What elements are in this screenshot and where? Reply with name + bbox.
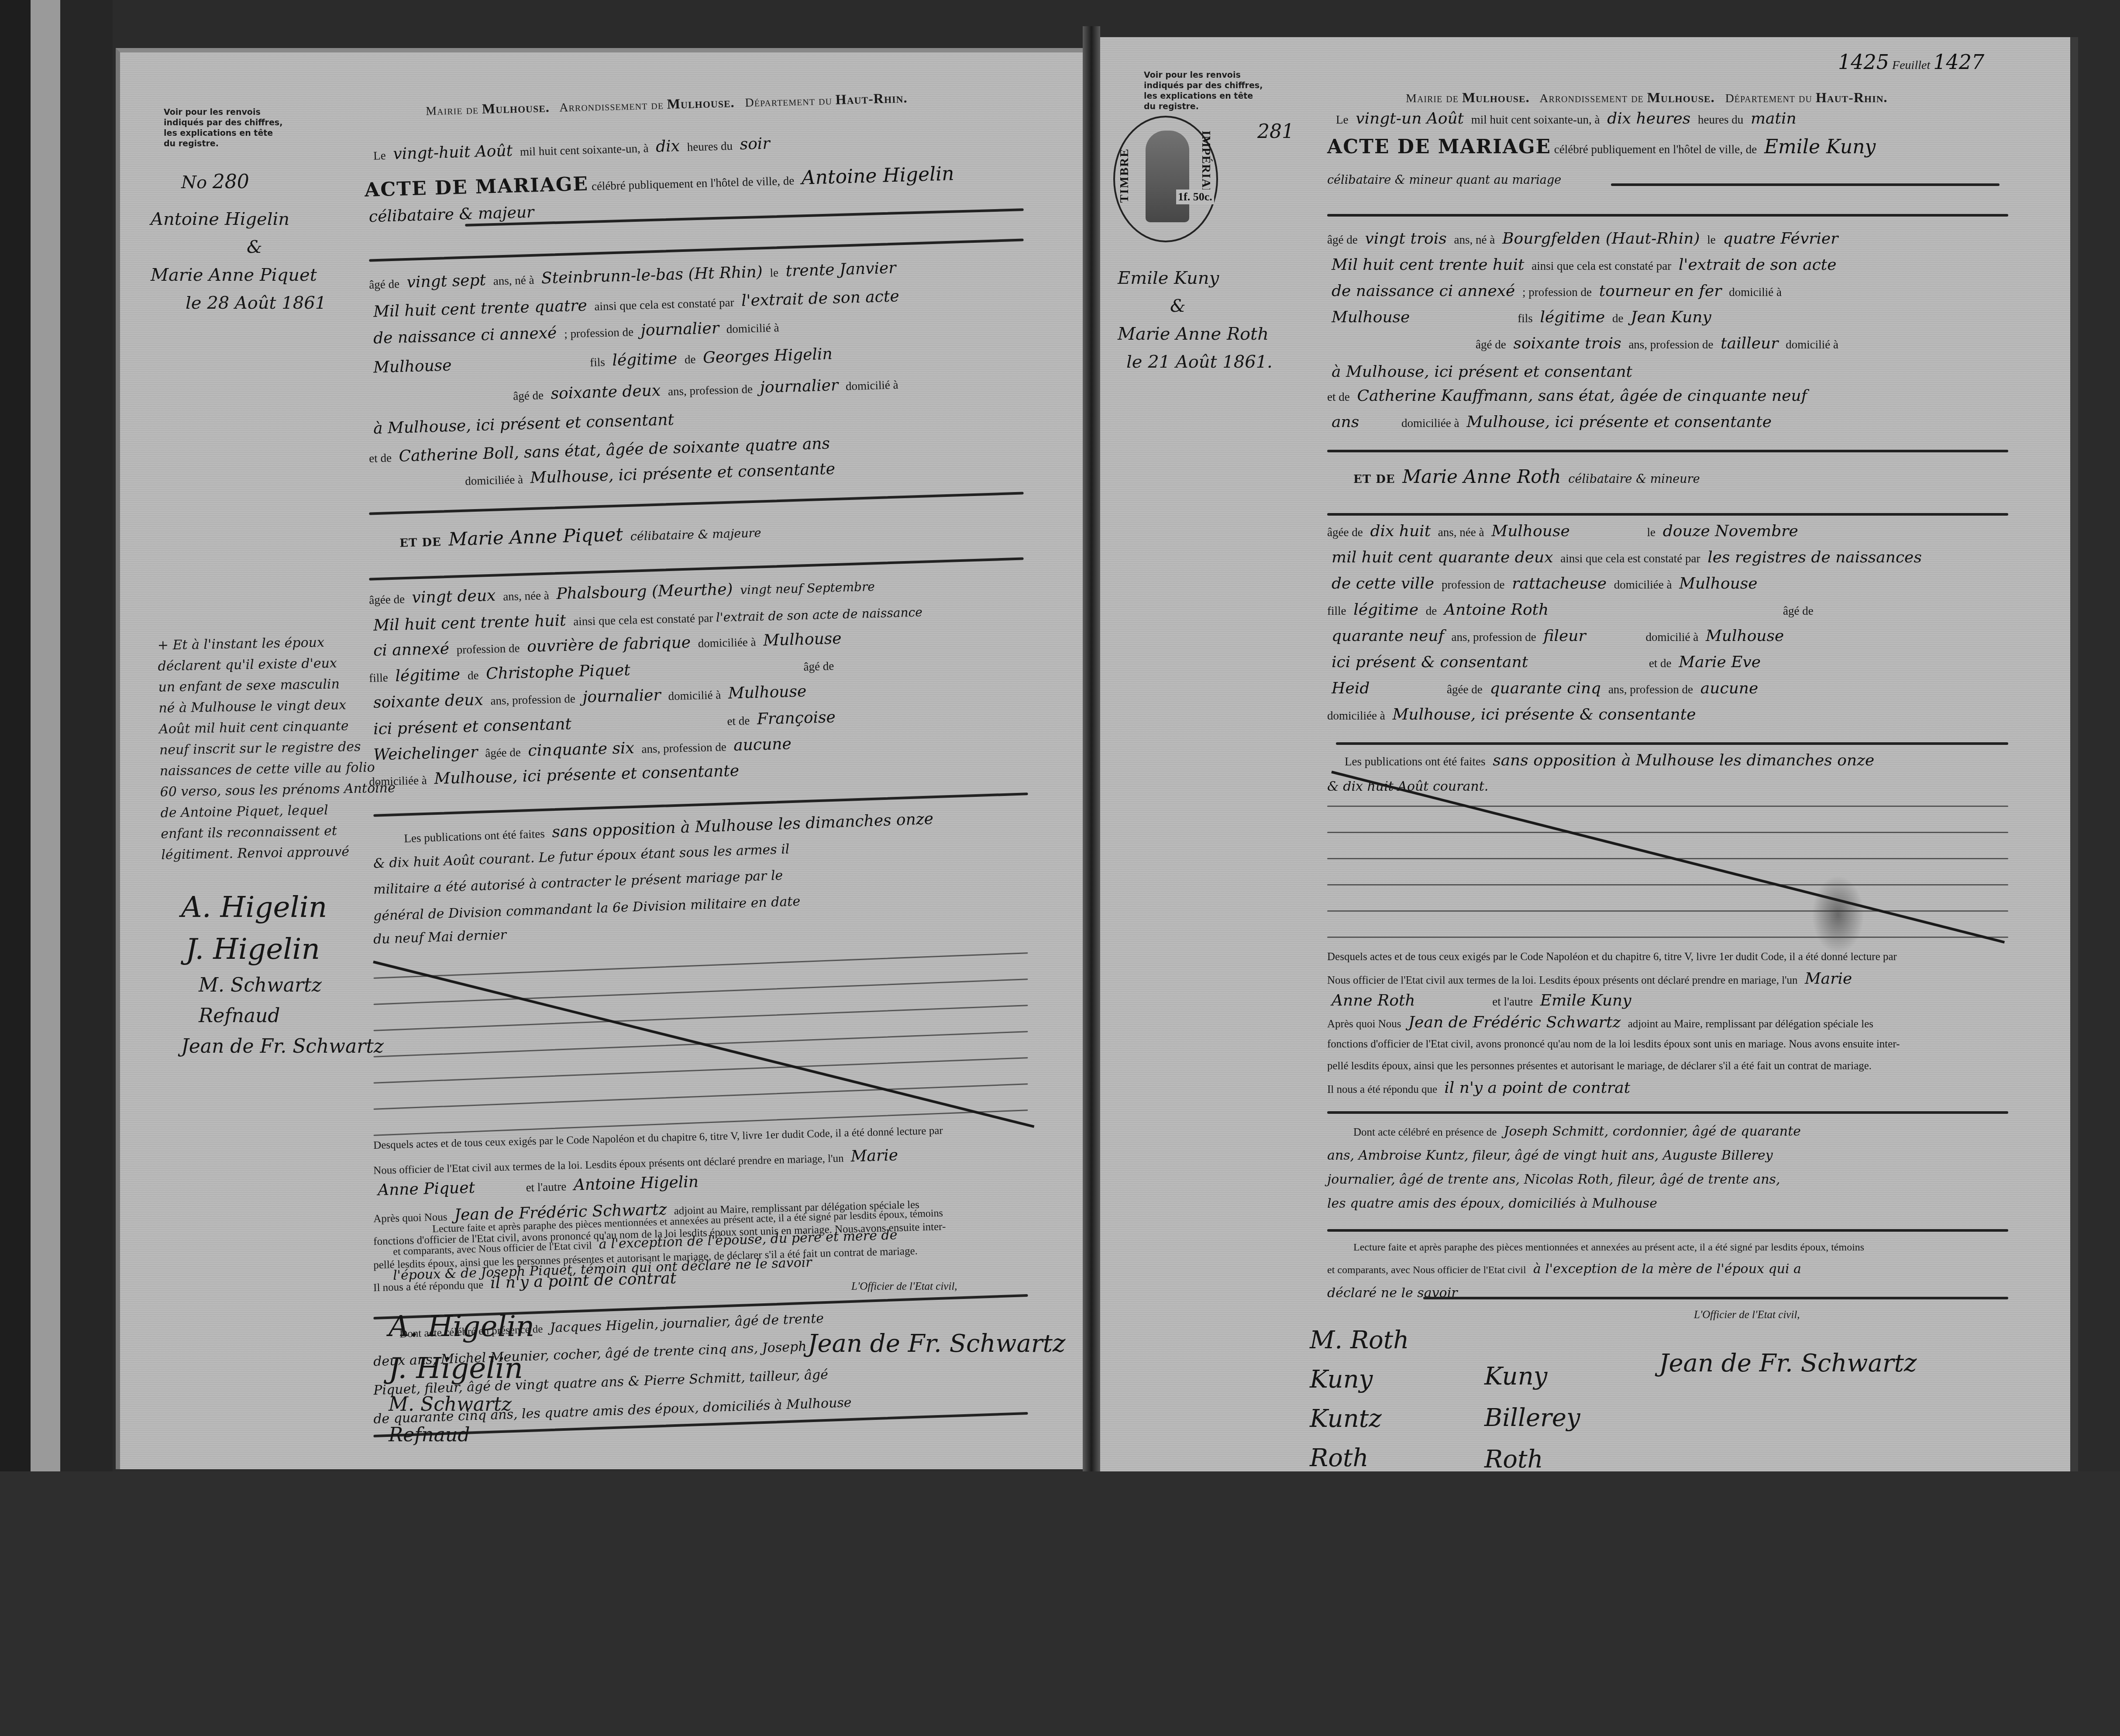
officer-signature: Jean de Fr. Schwartz — [1659, 1343, 1917, 1385]
folio-number: 1425 Feuillet 1427 — [1838, 50, 1984, 74]
margin-renvoi-note: + Et à l'instant les époux déclarent qu'… — [157, 631, 396, 865]
legal-text: fonctions d'officier de l'Etat civil, av… — [1327, 1037, 1900, 1052]
act-title-line: ACTE DE MARIAGE célébré publiquement en … — [365, 166, 959, 200]
groom-mother-line: et de Catherine Kauffmann, sans état, âg… — [1327, 389, 1811, 404]
act-number: 281 — [1257, 118, 1294, 146]
right-page: Voir pour les renvois indiqués par des c… — [1100, 37, 2078, 1474]
bride-father-present-line: ici présent et consentant et de François… — [369, 710, 840, 738]
witnesses-text: ans, Ambroise Kuntz, fileur, âgé de ving… — [1327, 1148, 1773, 1163]
groom-profession-line: de naissance ci annexé ; profession de t… — [1327, 284, 1782, 300]
bride-age-line: âgée de dix huit ans, née à Mulhouse le … — [1327, 524, 1803, 540]
bride-name: Marie Anne Piquet — [448, 524, 623, 550]
bride-father-line: soixante deux ans, profession de journal… — [369, 684, 811, 711]
bride-mother-line: Heid âgée de quarante cinq ans, professi… — [1327, 681, 1762, 697]
legal-text: Desquels actes et de tous ceux exigés pa… — [1327, 950, 1897, 964]
groom-profession-line: de naissance ci annexé ; profession de j… — [369, 319, 779, 347]
ruled-line — [373, 1005, 1028, 1031]
book-spine — [1083, 26, 1100, 1511]
act-title-line: ACTE DE MARIAGE célébré publiquement en … — [1327, 140, 1880, 157]
bride-father-present-line: ici présent & consentant et de Marie Eve — [1327, 655, 1765, 671]
witnesses-text: journalier, âgé de trente ans, Nicolas R… — [1327, 1172, 1780, 1187]
page-header: Mairie de Mulhouse. Arrondissement de Mu… — [426, 90, 908, 119]
groom-status-line: célibataire & mineur quant au mariage — [1327, 172, 1561, 188]
ruled-line — [369, 238, 1023, 262]
act-number: No 280 — [181, 168, 249, 196]
ruled-line — [465, 208, 1024, 227]
officer-signature: Jean de Fr. Schwartz — [808, 1323, 1066, 1365]
publications-text: & dix huit Août courant. Le futur époux … — [373, 842, 790, 871]
ruled-line — [373, 952, 1028, 979]
groom-filiation-line: Mulhouse fils légitime de Jean Kuny — [1327, 310, 1716, 326]
legal-text: pellé lesdits époux, ainsi que les perso… — [1327, 1059, 1872, 1074]
publications-line: Les publications ont été faites sans opp… — [1345, 753, 1879, 769]
groom-name: Emile Kuny — [1764, 136, 1876, 158]
margin-print-note: Voir pour les renvois indiqués par des c… — [1144, 70, 1266, 112]
bride-profession-line: ci annexé profession de ouvrière de fabr… — [369, 631, 846, 660]
groom-mother-line: et de Catherine Boll, sans état, âgée de… — [369, 436, 835, 466]
contract-line: Il nous a été répondu que il n'y a point… — [1327, 1081, 1635, 1097]
bride-mother-domicile-line: domiciliée à Mulhouse, ici présente & co… — [1327, 707, 1700, 723]
groom-birthdate-line: Mil huit cent trente quatre ainsi que ce… — [369, 289, 904, 320]
spouses-line: Anne Piquet et l'autre Antoine Higelin — [373, 1175, 703, 1199]
groom-age-line: âgé de vingt sept ans, né à Steinbrunn-l… — [369, 261, 901, 292]
groom-father-age-line: âgé de soixante deux ans, profession de … — [513, 376, 898, 403]
bride-profession-line: de cette ville profession de rattacheuse… — [1327, 576, 1762, 592]
ruled-line — [369, 492, 1023, 515]
publications-line: Les publications ont été faites sans opp… — [404, 812, 938, 846]
ruled-line — [1327, 910, 2008, 912]
scan-bottom-shadow — [0, 1471, 2120, 1736]
legal-text: Lecture faite et après paraphe des pièce… — [1353, 1240, 1864, 1255]
witnesses-text: les quatre amis des époux, domiciliés à … — [1327, 1196, 1657, 1211]
bride-filiation-line: fille légitime de Christophe Piquet âgé … — [369, 658, 834, 685]
ruled-line — [1327, 1111, 2008, 1114]
officer-label: L'Officier de l'Etat civil, — [1694, 1308, 1800, 1323]
ruled-line — [373, 1057, 1028, 1084]
tax-stamp: TIMBRE IMPÉRIAL 1f. 50c. — [1113, 116, 1218, 242]
legal-text: Nous officier de l'Etat civil aux termes… — [1327, 971, 1856, 988]
strike-through-line — [373, 961, 1034, 1128]
bride-father-line: quarante neuf ans, profession de fileur … — [1327, 629, 1788, 644]
groom-name: Antoine Higelin — [801, 162, 954, 189]
bottom-signatures-right: Kuny Billerey Roth — [1484, 1356, 1580, 1474]
left-page: Voir pour les renvois indiqués par des c… — [116, 48, 1083, 1469]
margin-signatures: A. Higelin J. Higelin M. Schwartz Refnau… — [181, 886, 384, 1062]
stamp-figure-icon — [1146, 131, 1189, 222]
lecture-line: et comparants, avec Nous officier de l'E… — [1327, 1262, 1806, 1278]
bride-filiation-line: fille légitime de Antoine Roth âgé de — [1327, 603, 1814, 618]
ruled-line — [1327, 806, 2008, 807]
bride-age-line: âgée de vingt deux ans, née à Phalsbourg… — [369, 579, 875, 607]
groom-age-line: âgé de vingt trois ans, né à Bourgfelden… — [1327, 231, 1842, 247]
ruled-line — [1336, 742, 2008, 745]
act-date-line: Le vingt-un Août mil huit cent soixante-… — [1336, 111, 1801, 127]
groom-father-domicile-line: à Mulhouse, ici présent et consentant — [1327, 365, 1637, 380]
publications-text: militaire a été autorisé à contracter le… — [373, 868, 783, 898]
spouses-line: Anne Roth et l'autre Emile Kuny — [1327, 993, 1636, 1009]
adjoint-line: Après quoi Nous Jean de Frédéric Schwart… — [1327, 1015, 1873, 1032]
bride-mother-line: Weichelinger âgée de cinquante six ans, … — [369, 737, 796, 764]
ruled-line — [373, 978, 1028, 1005]
ruled-line — [1327, 884, 2008, 885]
groom-mother-domicile-line: domiciliée à Mulhouse, ici présente et c… — [465, 462, 840, 488]
publications-text: du neuf Mai dernier — [373, 928, 506, 947]
groom-father-age-line: âgé de soixante trois ans, profession de… — [1476, 336, 1838, 352]
bottom-signatures: A. Higelin J. Higelin M. Schwartz Refnau… — [389, 1305, 534, 1450]
margin-summary: Antoine Higelin & Marie Anne Piquet le 2… — [151, 205, 326, 317]
ruled-line — [1327, 513, 2008, 516]
margin-summary: Emile Kuny & Marie Anne Roth le 21 Août … — [1118, 264, 1273, 376]
ruled-line — [1611, 183, 2000, 186]
groom-father-domicile-line: à Mulhouse, ici présent et consentant — [369, 412, 679, 437]
bride-mother-domicile-line: domiciliée à Mulhouse, ici présente et c… — [369, 764, 744, 789]
groom-filiation-line: Mulhouse fils légitime de Georges Higeli… — [369, 347, 837, 376]
ruled-line — [369, 557, 1023, 580]
ruled-line — [1327, 832, 2008, 833]
legal-text: Nous officier de l'Etat civil aux termes… — [373, 1148, 903, 1178]
page-header: Mairie de Mulhouse. Arrondissement de Mu… — [1406, 90, 1888, 106]
act-title: ACTE DE MARIAGE — [364, 173, 589, 201]
bride-birthdate-line: mil huit cent quarante deux ainsi que ce… — [1327, 550, 1926, 566]
ruled-line — [373, 1083, 1028, 1110]
ruled-line — [1327, 937, 2008, 938]
strike-through-line — [1331, 771, 2005, 944]
ruled-line — [1423, 1297, 2008, 1299]
margin-print-note: Voir pour les renvois indiqués par des c… — [164, 107, 286, 149]
bride-line: ET DE Marie Anne Roth célibataire & mine… — [1353, 469, 1700, 487]
ruled-line — [1327, 214, 2008, 217]
ruled-line — [1327, 450, 2008, 452]
publications-text: général de Division commandant la 6e Div… — [373, 894, 801, 924]
groom-mother-domicile-line: ans domiciliée à Mulhouse, ici présente … — [1327, 415, 1776, 431]
ink-smudge — [1812, 875, 1864, 954]
act-date-line: Le vingt-huit Août mil huit cent soixant… — [373, 136, 774, 163]
bride-name: Marie Anne Roth — [1402, 466, 1561, 487]
witnesses-line: Dont acte célébré en présence de Joseph … — [1353, 1124, 1805, 1140]
officer-label: L'Officier de l'Etat civil, — [851, 1279, 957, 1294]
groom-birthdate-line: Mil huit cent trente huit ainsi que cela… — [1327, 258, 1841, 273]
bride-line: ET DE Marie Anne Piquet célibataire & ma… — [399, 523, 761, 551]
bottom-signatures-left: M. Roth Kuny Kuntz Roth Spirit Schmidt — [1310, 1321, 1412, 1474]
act-title: ACTE DE MARIAGE — [1327, 136, 1551, 158]
ruled-line — [1327, 1229, 2008, 1232]
